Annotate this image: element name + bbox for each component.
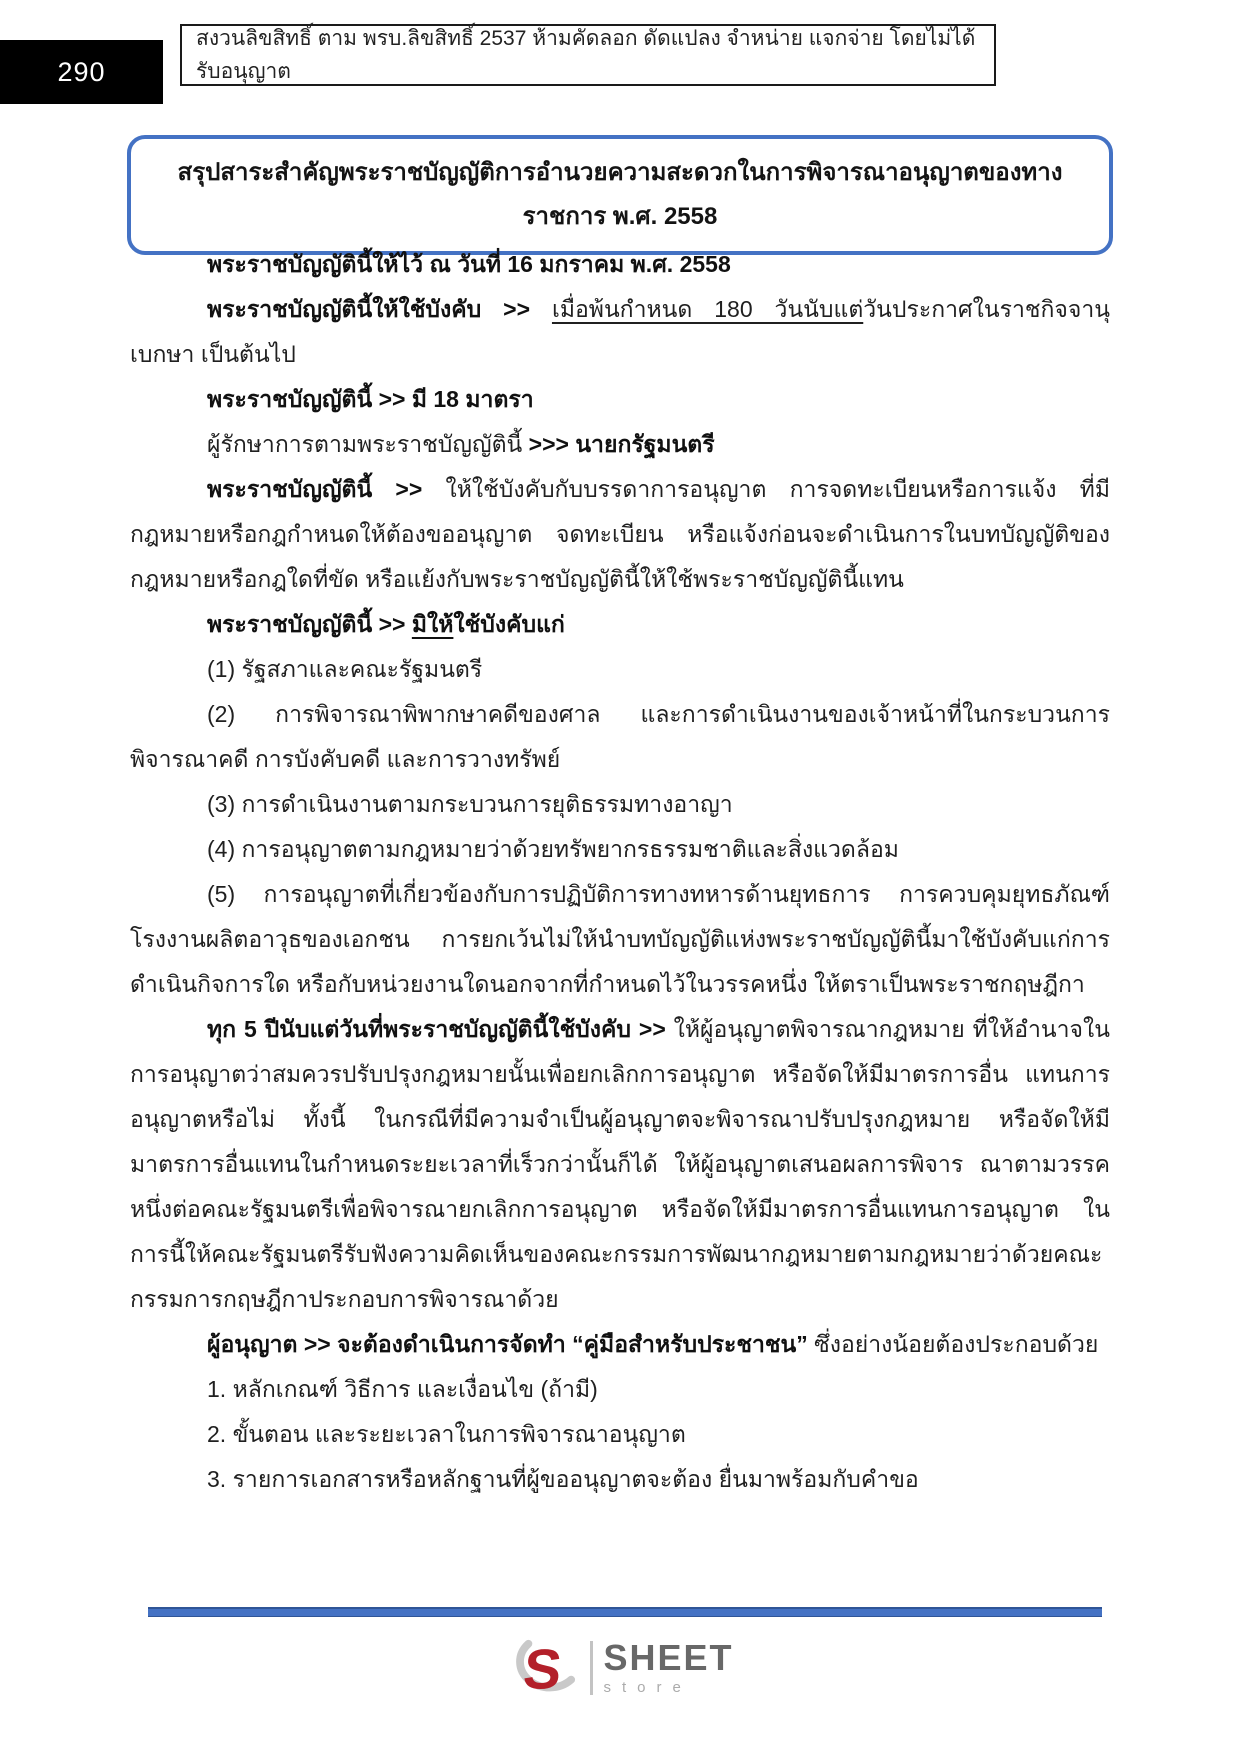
- logo-divider: [590, 1641, 593, 1695]
- sheet-store-logo: S SHEET store: [0, 1628, 1240, 1708]
- text-segment: (1) รัฐสภาและคณะรัฐมนตรี: [207, 656, 482, 682]
- text-segment: ทุก 5 ปีนับแต่วันที่พระราชบัญญัตินี้ใช้บ…: [207, 1016, 674, 1042]
- paragraph: พระราชบัญญัตินี้ >> มิให้ใช้บังคับแก่: [130, 602, 1110, 647]
- logo-subtitle: store: [603, 1678, 733, 1698]
- text-segment: (4) การอนุญาตตามกฎหมายว่าด้วยทรัพยากรธรร…: [207, 836, 899, 862]
- logo-text: SHEET store: [603, 1639, 733, 1698]
- page-number: 290: [57, 57, 105, 88]
- text-segment: พระราชบัญญัตินี้ >> มี 18 มาตรา: [207, 386, 534, 412]
- paragraph: ผู้อนุญาต >> จะต้องดำเนินการจัดทำ “คู่มื…: [130, 1322, 1110, 1367]
- paragraph: (4) การอนุญาตตามกฎหมายว่าด้วยทรัพยากรธรร…: [130, 827, 1110, 872]
- copyright-text: สงวนลิขสิทธิ์ ตาม พรบ.ลิขสิทธิ์ 2537 ห้า…: [196, 22, 980, 88]
- paragraph: (2) การพิจารณาพิพากษาคดีของศาล และการดำเ…: [130, 692, 1110, 782]
- svg-text:S: S: [521, 1638, 565, 1701]
- paragraph: พระราชบัญญัตินี้ >> มี 18 มาตรา: [130, 377, 1110, 422]
- text-segment: 3. รายการเอกสารหรือหลักฐานที่ผู้ขออนุญาต…: [207, 1466, 919, 1492]
- text-segment: เมื่อพ้นกำหนด 180 วันนับแต่: [552, 296, 863, 322]
- sheet-store-s-icon: S: [506, 1634, 580, 1702]
- text-segment: (2) การพิจารณาพิพากษาคดีของศาล และการดำเ…: [130, 701, 1110, 772]
- text-segment: 2. ขั้นตอน และระยะเวลาในการพิจารณาอนุญาต: [207, 1421, 686, 1447]
- document-page: 290 สงวนลิขสิทธิ์ ตาม พรบ.ลิขสิทธิ์ 2537…: [0, 0, 1240, 1755]
- paragraph: 2. ขั้นตอน และระยะเวลาในการพิจารณาอนุญาต: [130, 1412, 1110, 1457]
- text-segment: พระราชบัญญัตินี้ >>: [207, 476, 446, 502]
- text-segment: ผู้รักษาการตามพระราชบัญญัตินี้: [207, 431, 529, 457]
- text-segment: ผู้อนุญาต >> จะต้องดำเนินการจัดทำ “คู่มื…: [207, 1331, 814, 1357]
- paragraph: ทุก 5 ปีนับแต่วันที่พระราชบัญญัตินี้ใช้บ…: [130, 1007, 1110, 1322]
- paragraph: พระราชบัญญัตินี้ให้ไว้ ณ วันที่ 16 มกราค…: [130, 242, 1110, 287]
- paragraph: (5) การอนุญาตที่เกี่ยวข้องกับการปฏิบัติก…: [130, 872, 1110, 1007]
- text-segment: พระราชบัญญัตินี้ให้ไว้ ณ วันที่ 16 มกราค…: [207, 251, 731, 277]
- text-segment: พระราชบัญญัตินี้ให้ใช้บังคับ >>: [207, 296, 552, 322]
- text-segment: พระราชบัญญัตินี้ >>: [207, 611, 412, 637]
- page-title: สรุปสาระสำคัญพระราชบัญญัติการอำนวยความสะ…: [165, 151, 1075, 239]
- paragraph: พระราชบัญญัตินี้ >> ให้ใช้บังคับกับบรรดา…: [130, 467, 1110, 602]
- paragraph: พระราชบัญญัตินี้ให้ใช้บังคับ >> เมื่อพ้น…: [130, 287, 1110, 377]
- paragraph: (3) การดำเนินงานตามกระบวนการยุติธรรมทางอ…: [130, 782, 1110, 827]
- logo-brand: SHEET: [603, 1639, 733, 1677]
- text-segment: ใช้บังคับแก่: [453, 611, 564, 637]
- paragraph: 1. หลักเกณฑ์ วิธีการ และเงื่อนไข (ถ้ามี): [130, 1367, 1110, 1412]
- page-number-box: 290: [0, 40, 163, 104]
- text-segment: ให้ผู้อนุญาตพิจารณากฎหมาย ที่ให้อำนาจในก…: [130, 1016, 1110, 1312]
- text-segment: มิให้: [412, 611, 454, 637]
- paragraph: 3. รายการเอกสารหรือหลักฐานที่ผู้ขออนุญาต…: [130, 1457, 1110, 1502]
- footer-divider-bar: [148, 1607, 1102, 1617]
- text-segment: >>> นายกรัฐมนตรี: [529, 431, 715, 457]
- text-segment: (5) การอนุญาตที่เกี่ยวข้องกับการปฏิบัติก…: [130, 881, 1110, 997]
- paragraph: (1) รัฐสภาและคณะรัฐมนตรี: [130, 647, 1110, 692]
- text-segment: (3) การดำเนินงานตามกระบวนการยุติธรรมทางอ…: [207, 791, 733, 817]
- text-segment: ซึ่งอย่างน้อยต้องประกอบด้วย: [814, 1331, 1098, 1357]
- text-segment: 1. หลักเกณฑ์ วิธีการ และเงื่อนไข (ถ้ามี): [207, 1376, 598, 1402]
- paragraph: ผู้รักษาการตามพระราชบัญญัตินี้ >>> นายกร…: [130, 422, 1110, 467]
- document-body: พระราชบัญญัตินี้ให้ไว้ ณ วันที่ 16 มกราค…: [130, 242, 1110, 1502]
- title-box: สรุปสาระสำคัญพระราชบัญญัติการอำนวยความสะ…: [127, 135, 1113, 255]
- copyright-box: สงวนลิขสิทธิ์ ตาม พรบ.ลิขสิทธิ์ 2537 ห้า…: [180, 24, 996, 86]
